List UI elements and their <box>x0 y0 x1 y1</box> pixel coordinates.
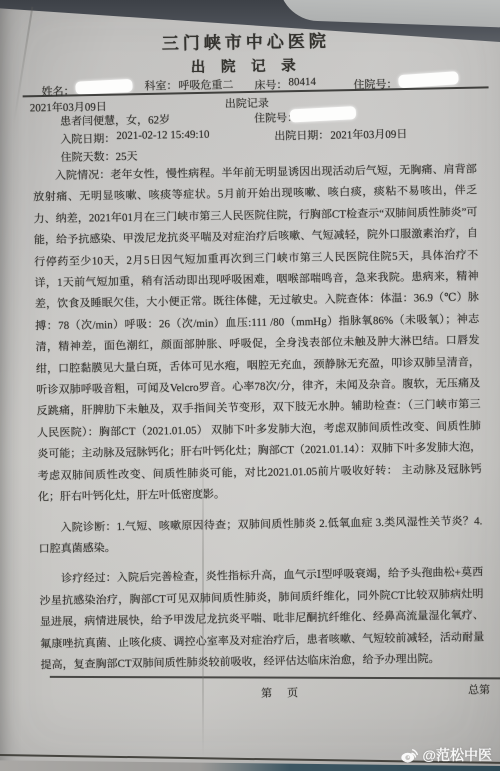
admission-diagnosis-paragraph: 入院诊断：1.气短、咳嗽原因待查；双肺间质性肺炎 2.低氧血症 3.类风湿性关节… <box>38 511 483 561</box>
bed-value: 80414 <box>288 76 316 88</box>
discharge-record-page: 三门峡市中心医院 出 院 记 录 姓名： 科室： 呼吸危重二 床号： 80414… <box>0 0 500 771</box>
stay-days-row: 住院天数：25天 <box>60 148 137 165</box>
name-redaction <box>75 79 133 95</box>
watermark: @范松中医 <box>401 745 492 765</box>
inpatient-number-redaction <box>290 106 357 122</box>
department-label: 科室： <box>144 77 177 94</box>
admit-date-label: 入院日期： <box>60 130 115 147</box>
footer-rule-line <box>50 676 500 680</box>
document-photo: 三门峡市中心医院 出 院 记 录 姓名： 科室： 呼吸危重二 床号： 80414… <box>0 0 500 771</box>
discharge-date-label: 出院日期： <box>274 127 329 144</box>
admission-condition-paragraph: 入院情况：老年女性，慢性病程。半年前无明显诱因出现活动后气短，无胸痛、肩背部放射… <box>33 159 482 508</box>
admission-number-redaction <box>398 71 459 88</box>
discharge-date-value: 2021年03月09日 <box>330 126 407 143</box>
watermark-handle: @范松中医 <box>422 745 492 765</box>
paper-crease-vertical <box>202 430 204 757</box>
record-body: 入院情况：老年女性，慢性病程。半年前无明显诱因出现活动后气短，无胸痛、肩背部放射… <box>33 159 485 676</box>
total-page-number: 总第 <box>468 681 490 697</box>
treatment-course-paragraph: 诊疗经过：入院后完善检查，炎性指标升高，血气示Ⅰ型呼吸衰竭，给予头孢曲松+莫西沙… <box>39 563 485 677</box>
stay-days-value: 25天 <box>116 151 138 163</box>
admit-date-value: 2021-02-12 15:49:10 <box>116 129 209 142</box>
stay-days-label: 住院天数： <box>61 151 116 164</box>
patient-summary: 患者闫便慧，女，62岁 <box>60 111 170 129</box>
weibo-icon <box>401 748 418 763</box>
page-number: 第 页 <box>261 684 300 701</box>
